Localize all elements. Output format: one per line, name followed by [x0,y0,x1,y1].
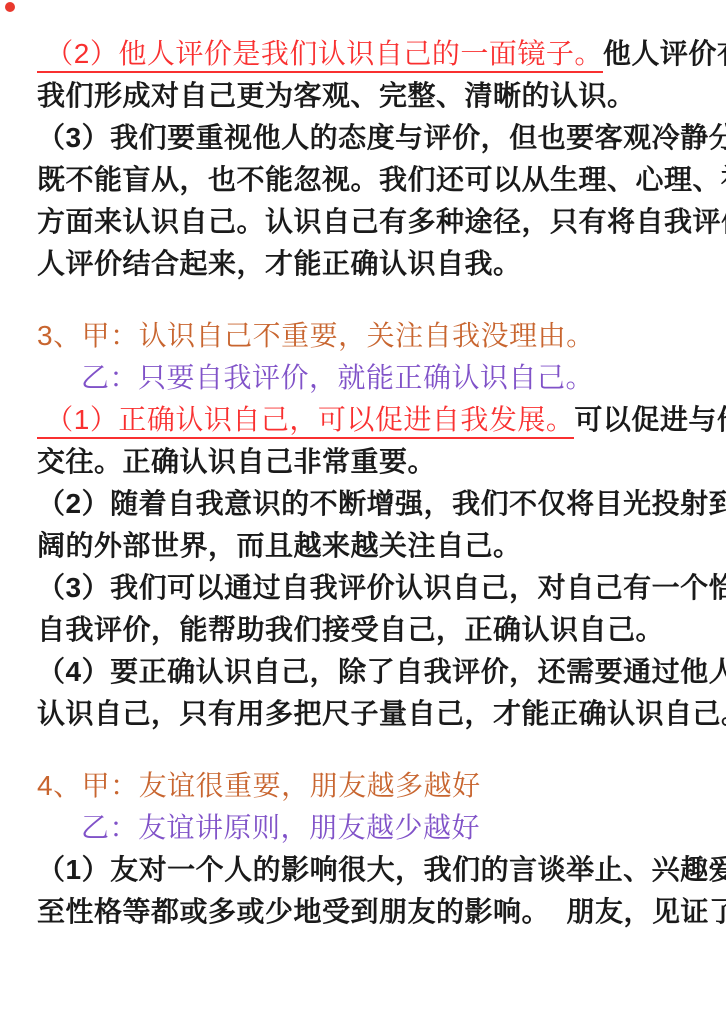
black-text: （3）我们可以通过自我评价认识自己，对自己有一个恰当的 [37,572,726,603]
text-line: 人评价结合起来，才能正确认识自我。 [37,243,702,285]
text-line: 认识自己，只有用多把尺子量自己，才能正确认识自己。 [37,693,702,735]
text-line: 乙：只要自我评价，就能正确认识自己。 [37,357,702,399]
text-line: （3）我们可以通过自我评价认识自己，对自己有一个恰当的 [37,567,702,609]
black-text: （4）要正确认识自己，除了自我评价，还需要通过他人评价 [37,656,726,687]
text-line: （1）友对一个人的影响很大，我们的言谈举止、兴趣爱好甚 [37,849,702,891]
text-line: 至性格等都或多或少地受到朋友的影响。 朋友，见证了我们 [37,891,702,933]
black-text: 既不能盲从，也不能忽视。我们还可以从生理、心理、社会等 [37,164,726,195]
black-text: （2）随着自我意识的不断增强，我们不仅将目光投射到更广 [37,488,726,519]
text-line: （4）要正确认识自己，除了自我评价，还需要通过他人评价 [37,651,702,693]
text-line: 3、甲：认识自己不重要，关注自我没理由。 [37,315,702,357]
black-text: （3）我们要重视他人的态度与评价，但也要客观冷静分析， [37,122,726,153]
text-line: 既不能盲从，也不能忽视。我们还可以从生理、心理、社会等 [37,159,702,201]
black-text: 我们形成对自己更为客观、完整、清晰的认识。 [37,80,636,111]
document-page: （2）他人评价是我们认识自己的一面镜子。他人评价有助于我们形成对自己更为客观、完… [0,0,726,1024]
text-line: （3）我们要重视他人的态度与评价，但也要客观冷静分析， [37,117,702,159]
black-text: 可以促进与他人的 [574,404,726,435]
text-line: （2）随着自我意识的不断增强，我们不仅将目光投射到更广 [37,483,702,525]
black-text: 他人评价有助于 [603,38,726,69]
underlined-red-text: （2）他人评价是我们认识自己的一面镜子。 [37,38,603,73]
underlined-red-text: （1）正确认识自己，可以促进自我发展。 [37,404,574,439]
black-text: 自我评价，能帮助我们接受自己，正确认识自己。 [37,614,664,645]
black-text: 人评价结合起来，才能正确认识自我。 [37,248,522,279]
text-line: 交往。正确认识自己非常重要。 [37,441,702,483]
text-line: 阔的外部世界，而且越来越关注自己。 [37,525,702,567]
black-text: 认识自己，只有用多把尺子量自己，才能正确认识自己。 [37,698,726,729]
text-line: 方面来认识自己。认识自己有多种途径，只有将自我评价和他 [37,201,702,243]
text-line: 4、甲：友谊很重要，朋友越多越好 [37,765,702,807]
text-line: 乙：友谊讲原则，朋友越少越好 [37,807,702,849]
orange-text: 4、甲：友谊很重要，朋友越多越好 [37,770,481,801]
text-line: （2）他人评价是我们认识自己的一面镜子。他人评价有助于 [37,33,702,75]
black-text: 交往。正确认识自己非常重要。 [37,446,436,477]
black-text: 至性格等都或多或少地受到朋友的影响。 朋友，见证了我们 [37,896,726,927]
black-text: 方面来认识自己。认识自己有多种途径，只有将自我评价和他 [37,206,726,237]
purple-text: 乙：只要自我评价，就能正确认识自己。 [81,362,594,393]
document-content: （2）他人评价是我们认识自己的一面镜子。他人评价有助于我们形成对自己更为客观、完… [0,0,726,933]
text-line: 自我评价，能帮助我们接受自己，正确认识自己。 [37,609,702,651]
purple-text: 乙：友谊讲原则，朋友越少越好 [81,812,480,843]
text-line: （1）正确认识自己，可以促进自我发展。可以促进与他人的 [37,399,702,441]
orange-text: 3、甲：认识自己不重要，关注自我没理由。 [37,320,595,351]
black-text: 阔的外部世界，而且越来越关注自己。 [37,530,522,561]
black-text: （1）友对一个人的影响很大，我们的言谈举止、兴趣爱好甚 [37,854,726,885]
text-line: 我们形成对自己更为客观、完整、清晰的认识。 [37,75,702,117]
